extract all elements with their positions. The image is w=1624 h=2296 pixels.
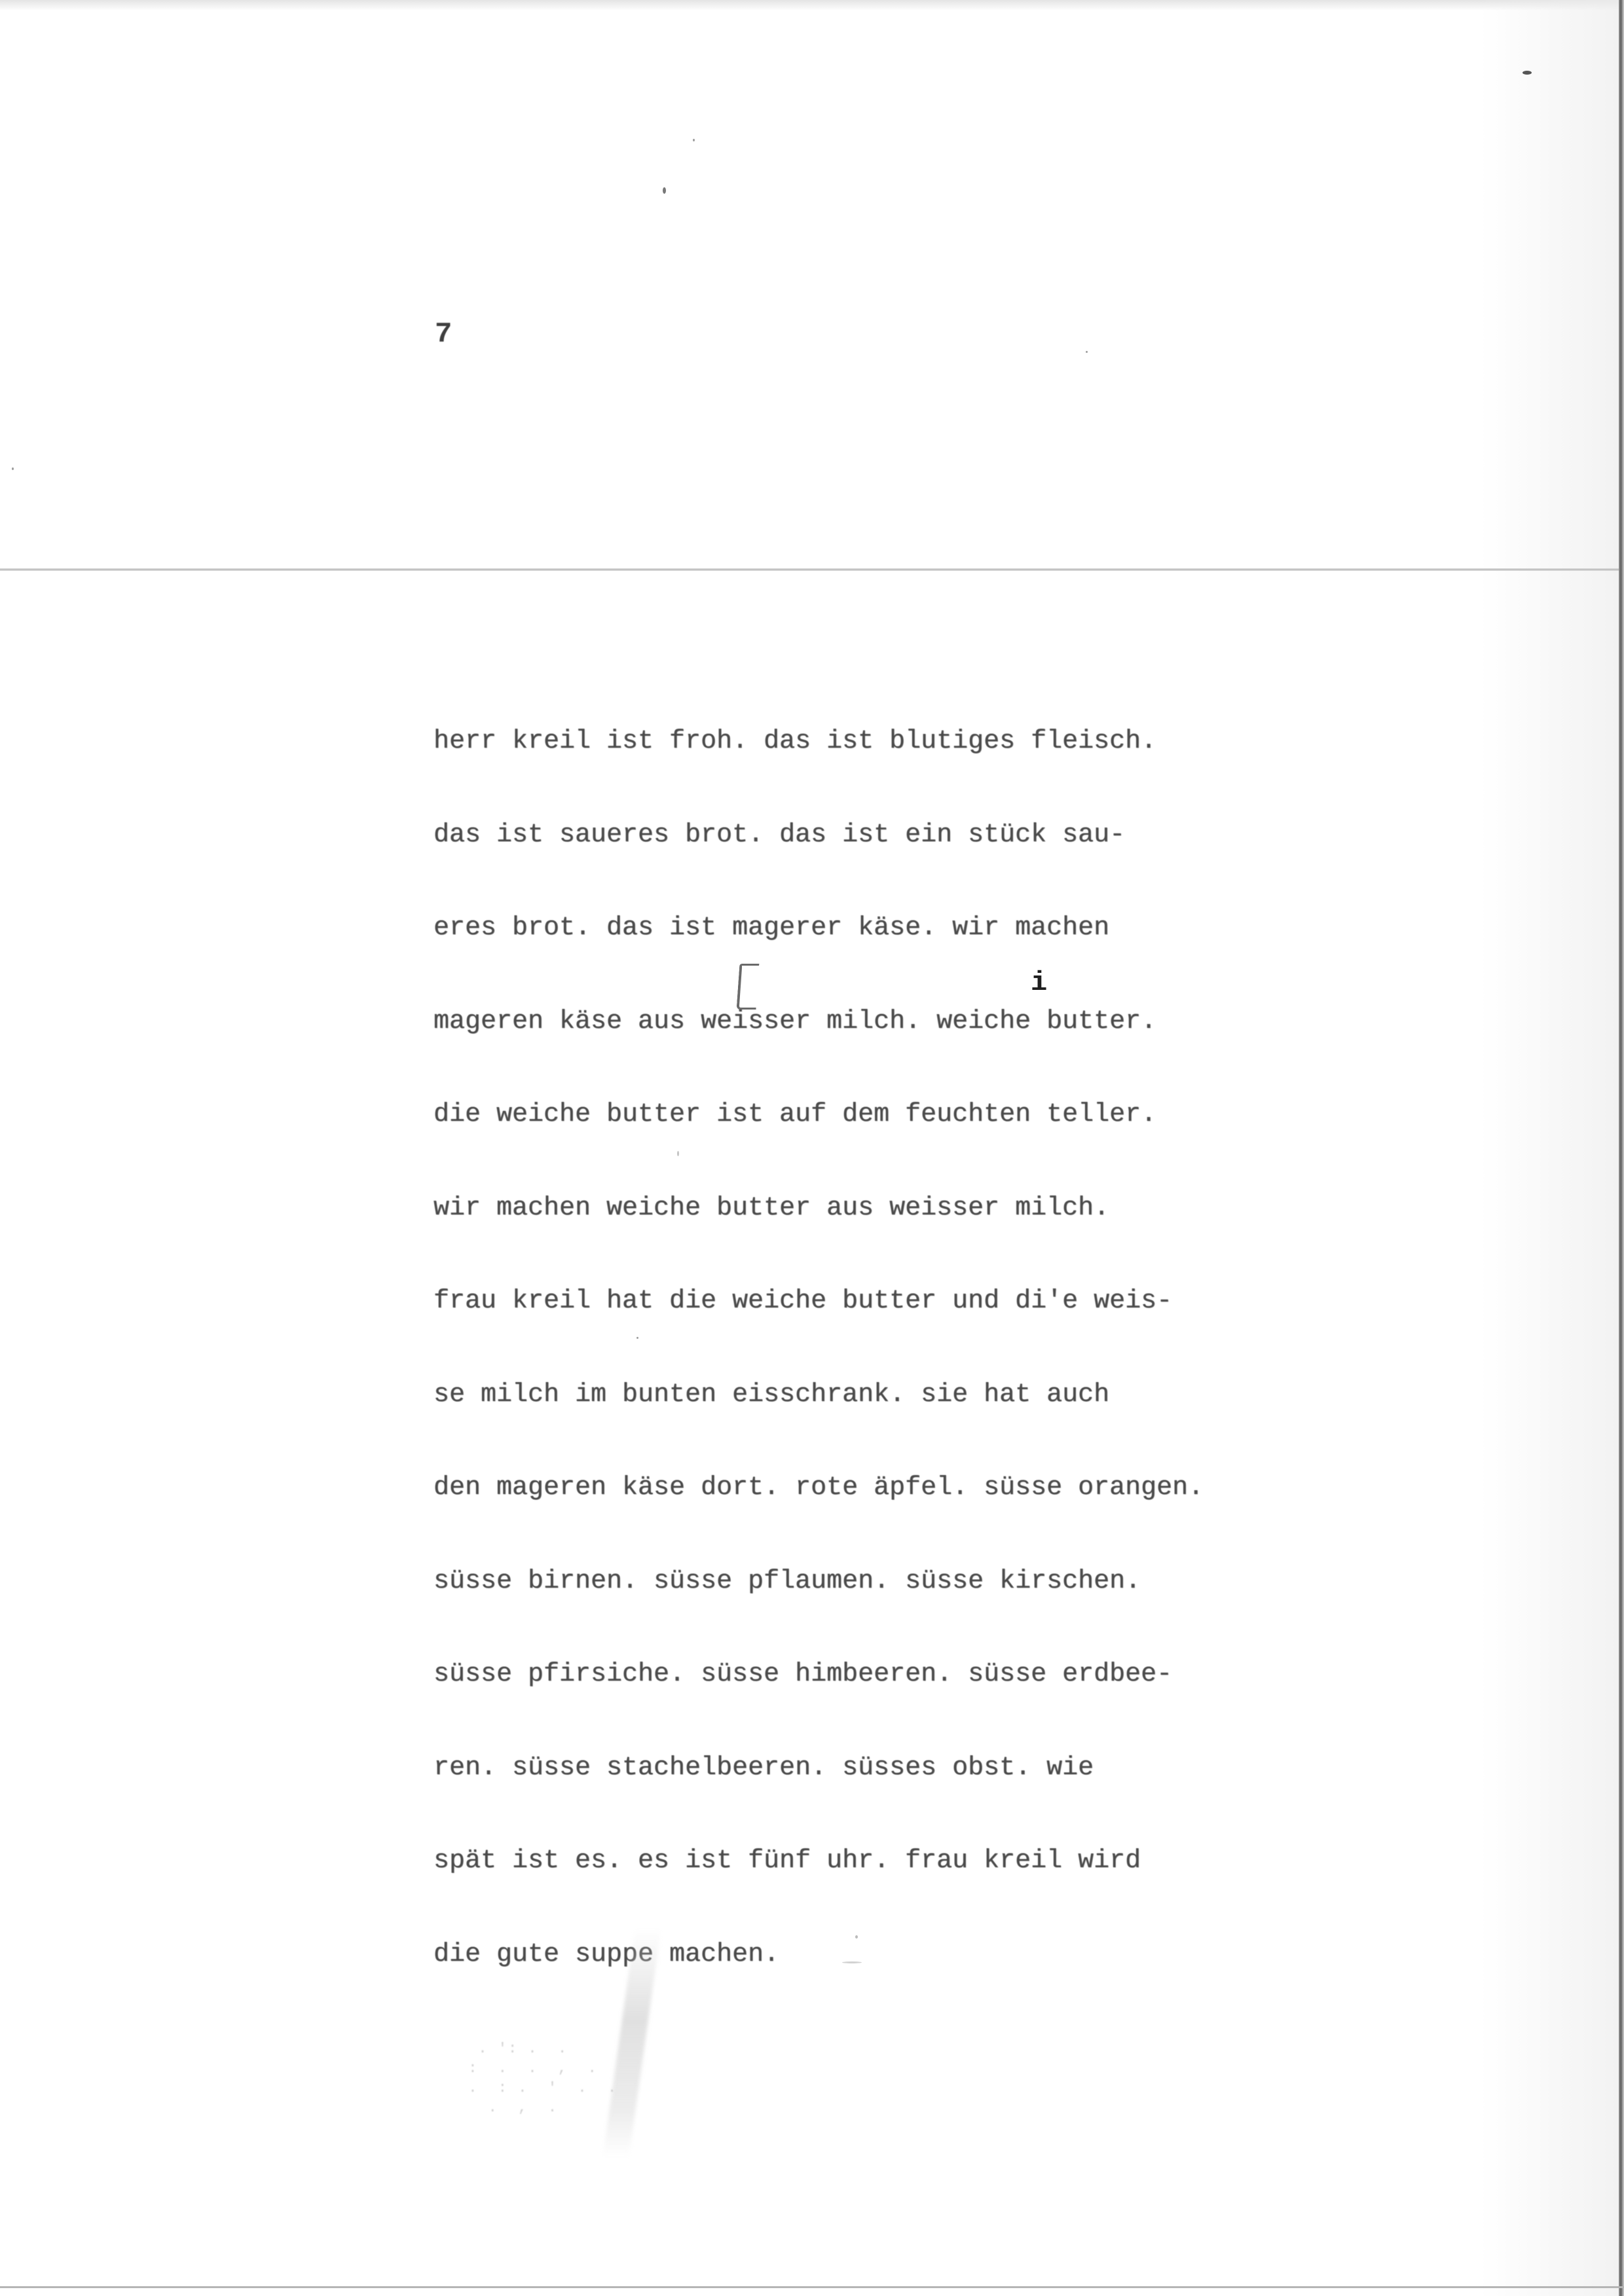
page-bottom-edge — [0, 2286, 1624, 2288]
text-line: mageren käse aus weisser milch. weiche b… — [434, 1006, 1204, 1038]
scanned-page: 7 herr kreil ist froh. das ist blutiges … — [0, 0, 1624, 2296]
page-right-edge — [1619, 0, 1624, 2296]
text-line: das ist saueres brot. das ist ein stück … — [434, 820, 1204, 851]
typewritten-body: herr kreil ist froh. das ist blutiges fl… — [434, 664, 1204, 2032]
text-line: die gute suppe machen. — [434, 1939, 1204, 1971]
ink-speck — [1522, 71, 1532, 75]
text-line: wir machen weiche butter aus weisser mil… — [434, 1193, 1204, 1224]
overstrike-correction-mark: i — [1031, 969, 1047, 996]
scanner-top-band — [0, 0, 1624, 10]
ink-speck — [637, 1337, 638, 1339]
text-line: herr kreil ist froh. das ist blutiges fl… — [434, 726, 1204, 757]
text-line: die weiche butter ist auf dem feuchten t… — [434, 1099, 1204, 1131]
text-line: süsse pfirsiche. süsse himbeeren. süsse … — [434, 1659, 1204, 1690]
text-line: frau kreil hat die weiche butter und di'… — [434, 1286, 1204, 1317]
text-line: eres brot. das ist magerer käse. wir mac… — [434, 913, 1204, 944]
text-line: spät ist es. es ist fünf uhr. frau kreil… — [434, 1846, 1204, 1877]
text-line: den mageren käse dort. rote äpfel. süsse… — [434, 1472, 1204, 1504]
ink-speck — [677, 1151, 679, 1156]
fold-line — [0, 568, 1619, 571]
text-line: se milch im bunten eisschrank. sie hat a… — [434, 1379, 1204, 1411]
text-line: süsse birnen. süsse pflaumen. süsse kirs… — [434, 1566, 1204, 1597]
ink-speck — [1086, 351, 1088, 353]
bleed-through-noise: . ': . . : . . , . . : . ' . . . , . — [458, 2039, 618, 2118]
ink-speck — [842, 1961, 862, 1963]
right-margin-shading — [1480, 0, 1624, 2296]
handwritten-bracket-mark — [737, 964, 760, 1010]
ink-speck — [693, 139, 695, 141]
ink-speck — [12, 467, 14, 470]
ink-speck — [855, 1935, 858, 1939]
ink-speck — [663, 187, 666, 194]
text-line: ren. süsse stachelbeeren. süsses obst. w… — [434, 1753, 1204, 1784]
page-number: 7 — [435, 318, 452, 351]
